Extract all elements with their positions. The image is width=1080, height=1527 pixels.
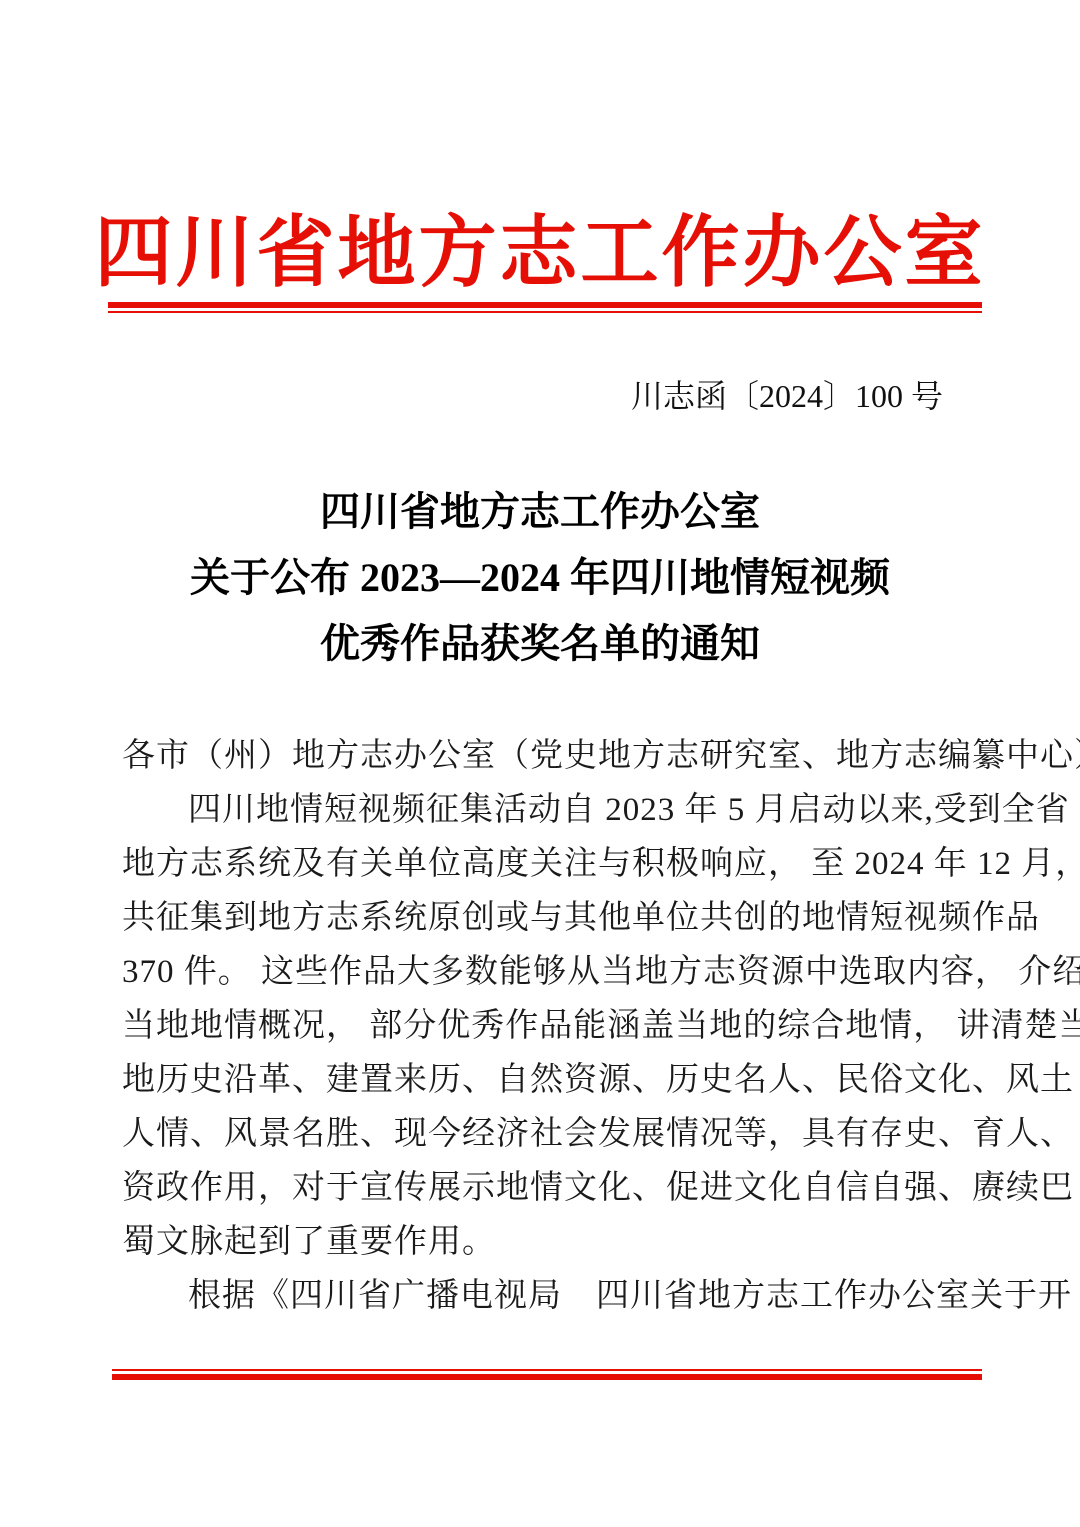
body-line: 人情、风景名胜、现今经济社会发展情况等，具有存史、育人、 (122, 1107, 962, 1161)
notice-body: 各市（州）地方志办公室（党史地方志研究室、地方志编纂中心）： 四川地情短视频征集… (0, 729, 1080, 1323)
body-line: 各市（州）地方志办公室（党史地方志研究室、地方志编纂中心）： (122, 729, 962, 783)
footer-double-rule (112, 1369, 982, 1380)
body-line: 蜀文脉起到了重要作用。 (122, 1215, 962, 1269)
body-line: 资政作用，对于宣传展示地情文化、促进文化自信自强、赓续巴 (122, 1161, 962, 1215)
body-line: 共征集到地方志系统原创或与其他单位共创的地情短视频作品 (122, 891, 962, 945)
document-number: 川志函〔2024〕100 号 (0, 375, 1080, 417)
notice-title-line-1: 四川省地方志工作办公室 (0, 479, 1080, 545)
body-line: 370 件。 这些作品大多数能够从当地方志资源中选取内容， 介绍 (122, 945, 962, 999)
document-page: 四川省地方志工作办公室 川志函〔2024〕100 号 四川省地方志工作办公室 关… (0, 0, 1080, 1527)
body-line: 根据《四川省广播电视局 四川省地方志工作办公室关于开 (122, 1269, 962, 1323)
letterhead-title: 四川省地方志工作办公室 (0, 208, 1080, 298)
notice-title-line-3: 优秀作品获奖名单的通知 (0, 611, 1080, 677)
notice-title: 四川省地方志工作办公室 关于公布 2023—2024 年四川地情短视频 优秀作品… (0, 479, 1080, 677)
body-line: 地历史沿革、建置来历、自然资源、历史名人、民俗文化、风土 (122, 1053, 962, 1107)
letterhead-double-rule (108, 302, 982, 313)
body-line: 地方志系统及有关单位高度关注与积极响应， 至 2024 年 12 月， (122, 837, 962, 891)
letterhead: 四川省地方志工作办公室 (0, 0, 1080, 298)
notice-title-line-2: 关于公布 2023—2024 年四川地情短视频 (0, 545, 1080, 611)
body-line: 当地地情概况， 部分优秀作品能涵盖当地的综合地情， 讲清楚当 (122, 999, 962, 1053)
body-line: 四川地情短视频征集活动自 2023 年 5 月启动以来,受到全省 (122, 783, 962, 837)
